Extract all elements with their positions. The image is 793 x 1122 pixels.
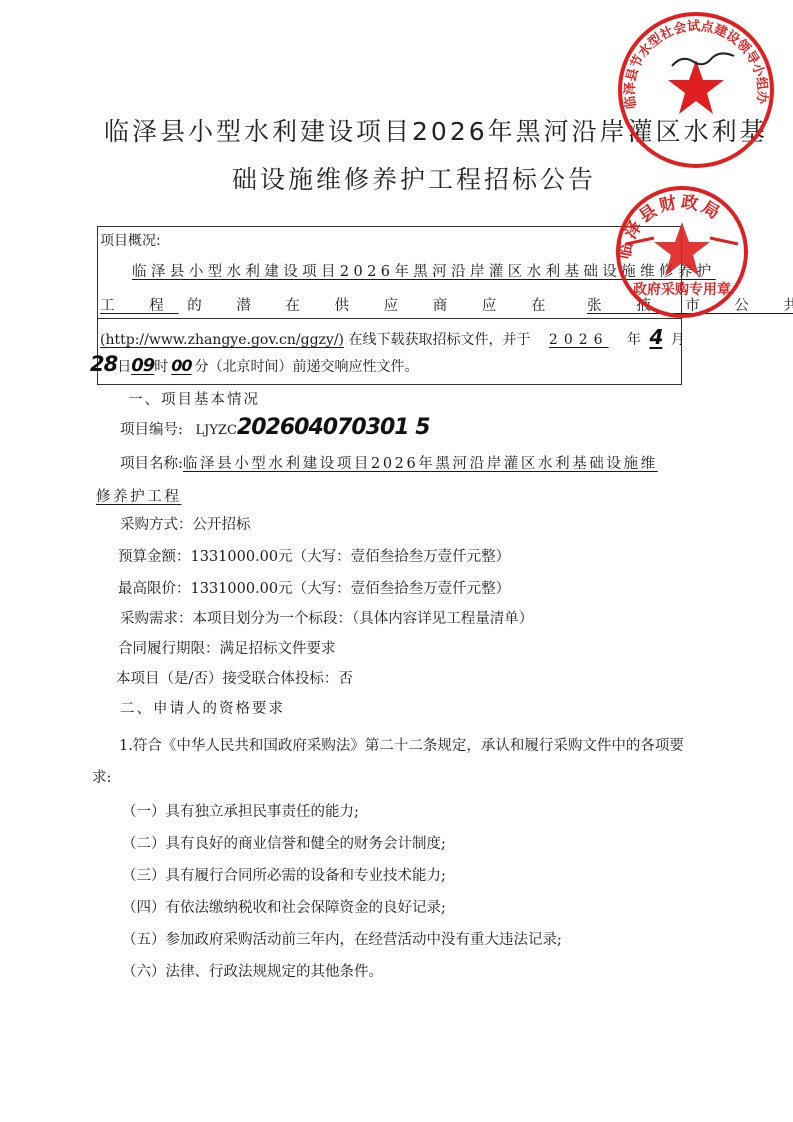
svg-text:临泽县节水型社会试点建设领导小组办公室: 临泽县节水型社会试点建设领导小组办公室: [614, 8, 770, 110]
deadline-minute-handwritten: 00: [168, 356, 194, 375]
deadline-rest-text: 分（北京时间）前递交响应性文件。: [195, 359, 419, 375]
project-name-value-line-2: 修养护工程: [96, 485, 182, 506]
project-number-row: 项目编号: LJYZC202604070301 5: [120, 415, 430, 440]
max-price: 最高限价：1331000.00元（大写：壹佰叁拾叁万壹仟元整）: [118, 577, 510, 598]
overview-line-4: 28日09时00分（北京时间）前递交响应性文件。: [90, 352, 419, 376]
document-title-line-1: 临泽县小型水利建设项目2026年黑河沿岸灌区水利基: [104, 112, 674, 148]
overview-project-name-tail: 工 程: [100, 298, 179, 314]
project-number-handwritten: 202604070301 5: [237, 415, 430, 440]
overview-line-3: (http://www.zhangye.gov.cn/ggzy/) 在线下载获取…: [100, 325, 685, 349]
deadline-year-unit: 年: [627, 332, 641, 348]
overview-download-text: 在线下载获取招标文件，并于: [348, 332, 530, 348]
procurement-requirement: 采购需求：本项目划分为一个标段：（具体内容详见工程量清单）: [120, 607, 533, 628]
project-name-label: 项目名称:: [120, 456, 183, 472]
overview-supplier-text: 的 潜 在 供 应 商 应 在: [187, 298, 560, 314]
condition-5: （五）参加政府采购活动前三年内，在经营活动中没有重大违法记录;: [122, 928, 562, 949]
project-name-value-line-1: 临泽县小型水利建设项目2026年黑河沿岸灌区水利基础设施维: [183, 456, 658, 472]
project-number-label: 项目编号:: [120, 422, 183, 438]
overview-platform-name: 张 掖 市 公 共 资 源 交 易 网: [587, 298, 793, 314]
budget-amount: 预算金额：1331000.00元（大写：壹佰叁拾叁万壹仟元整）: [118, 545, 510, 566]
deadline-month-unit: 月: [671, 332, 685, 348]
condition-4: （四）有依法缴纳税收和社会保障资金的良好记录;: [122, 896, 446, 917]
seal-top-text: 临泽县节水型社会试点建设领导小组办公室: [614, 8, 770, 110]
overview-box-divider: [97, 318, 682, 319]
section-2-heading: 二、申请人的资格要求: [120, 697, 285, 718]
deadline-day-unit: 日: [117, 359, 131, 375]
deadline-day-handwritten: 28: [90, 352, 117, 376]
project-name-row: 项目名称:临泽县小型水利建设项目2026年黑河沿岸灌区水利基础设施维: [120, 452, 658, 473]
consortium-bidding: 本项目（是/否）接受联合体投标：否: [116, 667, 353, 688]
contract-period: 合同履行期限：满足招标文件要求: [118, 637, 336, 658]
overview-heading: 项目概况:: [100, 230, 161, 250]
condition-3: （三）具有履行合同所必需的设备和专业技术能力;: [122, 864, 446, 885]
condition-1: （一）具有独立承担民事责任的能力;: [122, 800, 359, 821]
qualification-item-1-line-2: 求:: [92, 766, 111, 787]
condition-2: （二）具有良好的商业信誉和健全的财务会计制度;: [122, 832, 446, 853]
qualification-item-1-line-1: 1.符合《中华人民共和国政府采购法》第二十二条规定，承认和履行采购文件中的各项要: [119, 734, 684, 755]
overview-project-name: 临泽县小型水利建设项目2026年黑河沿岸灌区水利基础设施维修养护: [132, 260, 716, 281]
deadline-month-handwritten: 4: [645, 325, 666, 349]
deadline-hour-handwritten: 09: [131, 355, 154, 376]
deadline-hour-unit: 时: [154, 359, 168, 375]
overview-line-2: 工 程 的 潜 在 供 应 商 应 在 张 掖 市 公 共 资 源 交 易 网: [100, 294, 793, 315]
section-1-heading: 一、项目基本情况: [128, 388, 260, 409]
procurement-method: 采购方式：公开招标: [120, 513, 251, 534]
deadline-year: 2026: [535, 332, 623, 348]
condition-6: （六）法律、行政法规规定的其他条件。: [122, 960, 383, 981]
project-number-prefix: LJYZC: [196, 423, 237, 438]
official-seal-top-icon: 临泽县节水型社会试点建设领导小组办公室: [614, 8, 779, 173]
document-title-line-2: 础设施维修养护工程招标公告: [232, 160, 596, 196]
platform-url-link[interactable]: (http://www.zhangye.gov.cn/ggzy/): [100, 332, 344, 348]
